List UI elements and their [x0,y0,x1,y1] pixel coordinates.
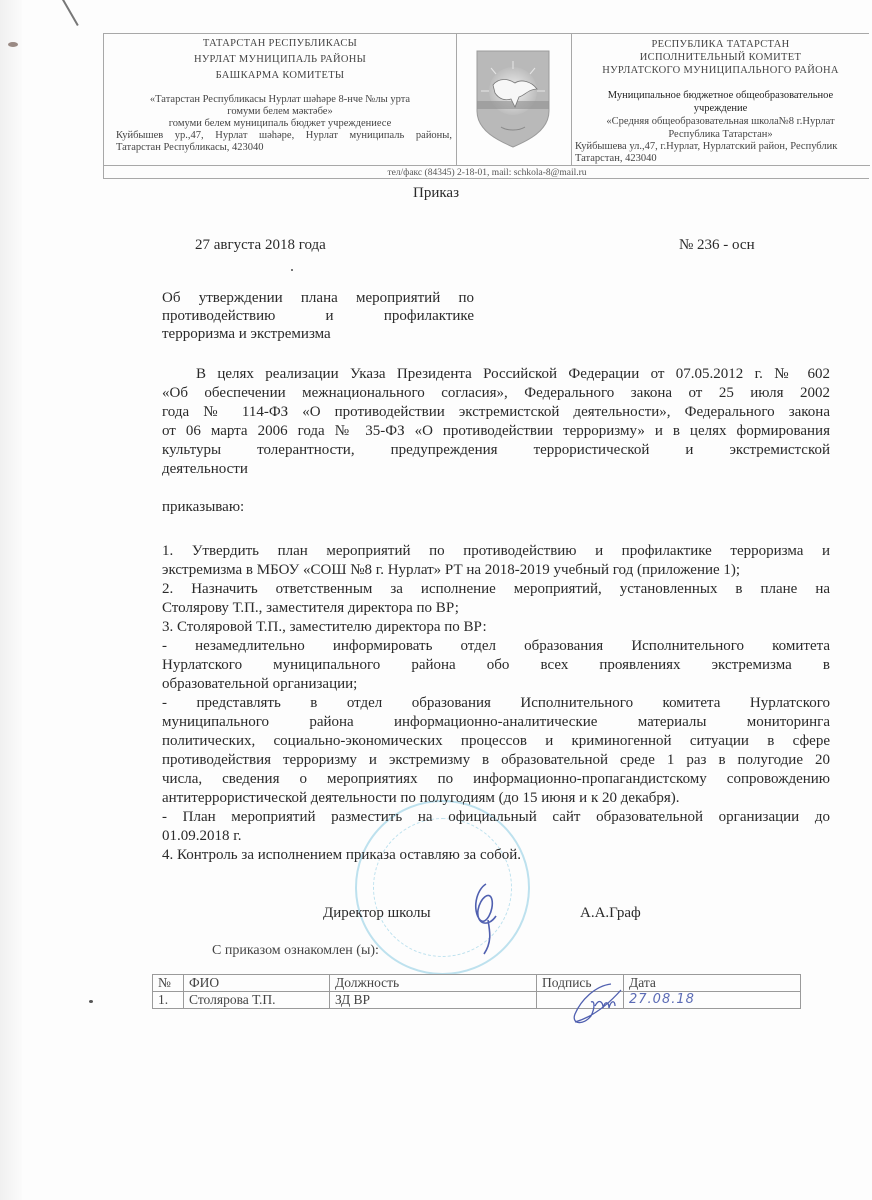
item-line: Нурлатского муниципального района обо вс… [162,656,830,675]
order-subject: Об утверждении плана мероприятий по прот… [162,289,474,343]
preamble-line: деятельности [162,460,830,479]
tatar-authority-line: НУРЛАТ МУНИЦИПАЛЬ РАЙОНЫ [104,53,456,66]
scan-artifact [8,42,18,47]
item-line: Столярову Т.П., заместителя директора по… [162,599,830,618]
order-word: приказываю: [162,499,244,516]
tatar-address: Татарстан Республикасы, 423040 [104,142,456,154]
acknowledgement-label: С приказом ознакомлен (ы): [212,943,379,959]
preamble-line: «Об обеспечении межнационального согласи… [162,384,830,403]
item-line: числа, сведения о мероприятиях по информ… [162,770,830,789]
scan-artifact-line [62,0,79,26]
header-signature: Подпись [537,975,624,992]
cell-number: 1. [153,992,184,1009]
cell-date: 27.08.18 [624,992,801,1009]
director-name: А.А.Граф [580,905,641,922]
coat-of-arms-icon [475,49,551,149]
subject-line: противодействию и профилактике [162,307,474,325]
acknowledgement-table: № ФИО Должность Подпись Дата 1. Столяров… [152,974,801,1009]
cell-signature [537,992,624,1009]
cell-position: ЗД ВР [330,992,537,1009]
document-title: Приказ [0,185,872,202]
ru-address: Куйбышева ул.,47, г.Нурлат, Нурлатский р… [571,141,870,153]
preamble-line: года № 114-ФЗ «О противодействии экстрем… [162,403,830,422]
scan-speck [291,269,293,271]
preamble-line: от 06 марта 2006 года № 35-ФЗ «О противо… [162,422,830,441]
scan-edge-shadow [0,0,22,1200]
header-date: Дата [624,975,801,992]
ru-school-name: «Средняя общеобразовательная школа№8 г.Н… [571,115,870,128]
ru-school-type: Муниципальное бюджетное общеобразователь… [571,89,870,102]
coat-of-arms [456,34,572,165]
item-line: антитеррористической деятельности по пол… [162,789,830,808]
tatar-school-type: гомуми белем муниципаль бюджет учреждени… [104,118,456,130]
tatar-school-name: гомуми белем мәктәбе» [104,106,456,118]
letterhead-tatar: ТАТАРСТАН РЕСПУБЛИКАСЫ НУРЛАТ МУНИЦИПАЛЬ… [104,34,457,165]
item-line: - незамедлительно информировать отдел об… [162,637,830,656]
director-label: Директор школы [323,905,431,922]
subject-line: терроризма и экстремизма [162,325,474,343]
item-line: противодействия терроризму и экстремизму… [162,751,830,770]
order-date: 27 августа 2018 года [195,237,326,254]
tatar-school-name: «Татарстан Республикасы Нурлат шәһәре 8-… [104,94,456,106]
item-line: - План мероприятий разместить на официал… [162,808,830,827]
item-line: политических, социально-экономических пр… [162,732,830,751]
ru-address: Татарстан, 423040 [571,153,870,165]
letterhead-russian: РЕСПУБЛИКА ТАТАРСТАН ИСПОЛНИТЕЛЬНЫЙ КОМИ… [571,34,870,165]
ru-authority-line: РЕСПУБЛИКА ТАТАРСТАН [571,38,870,51]
preamble: В целях реализации Указа Президента Росс… [162,365,830,479]
tatar-address: Куйбышев ур.,47, Нурлат шәһәре, Нурлат м… [104,130,456,142]
letterhead: ТАТАРСТАН РЕСПУБЛИКАСЫ НУРЛАТ МУНИЦИПАЛЬ… [103,33,869,179]
order-items: 1. Утвердить план мероприятий по противо… [162,542,830,865]
item-line: 01.09.2018 г. [162,827,830,846]
scan-speck [89,1000,93,1003]
header-number: № [153,975,184,992]
item-line: 1. Утвердить план мероприятий по противо… [162,542,830,561]
item-line: муниципального района информационно-анал… [162,713,830,732]
item-line: - представлять в отдел образования Испол… [162,694,830,713]
item-line: 3. Столяровой Т.П., заместителю директор… [162,618,830,637]
item-line: экстремизма в МБОУ «СОШ №8 г. Нурлат» РТ… [162,561,830,580]
table-row: 1. Столярова Т.П. ЗД ВР 27.08.18 [153,992,801,1009]
tatar-authority-line: БАШКАРМА КОМИТЕТЫ [104,69,456,82]
header-fio: ФИО [184,975,330,992]
ru-school-type: учреждение [571,102,870,115]
preamble-line: культуры толерантности, предупреждения т… [162,441,830,460]
preamble-line: В целях реализации Указа Президента Росс… [162,365,830,384]
contact-line: тел/факс (84345) 2-18-01, mail: schkola-… [104,165,870,181]
item-line: 4. Контроль за исполнением приказа остав… [162,846,830,865]
subject-line: Об утверждении плана мероприятий по [162,289,474,307]
ru-school-name: Республика Татарстан» [571,128,870,141]
tatar-authority-line: ТАТАРСТАН РЕСПУБЛИКАСЫ [104,37,456,50]
header-position: Должность [330,975,537,992]
table-header-row: № ФИО Должность Подпись Дата [153,975,801,992]
ru-authority-line: НУРЛАТСКОГО МУНИЦИПАЛЬНОГО РАЙОНА [571,64,870,77]
ru-authority-line: ИСПОЛНИТЕЛЬНЫЙ КОМИТЕТ [571,51,870,64]
order-number: № 236 - осн [679,237,755,254]
cell-fio: Столярова Т.П. [184,992,330,1009]
item-line: 2. Назначить ответственным за исполнение… [162,580,830,599]
item-line: образовательной организации; [162,675,830,694]
